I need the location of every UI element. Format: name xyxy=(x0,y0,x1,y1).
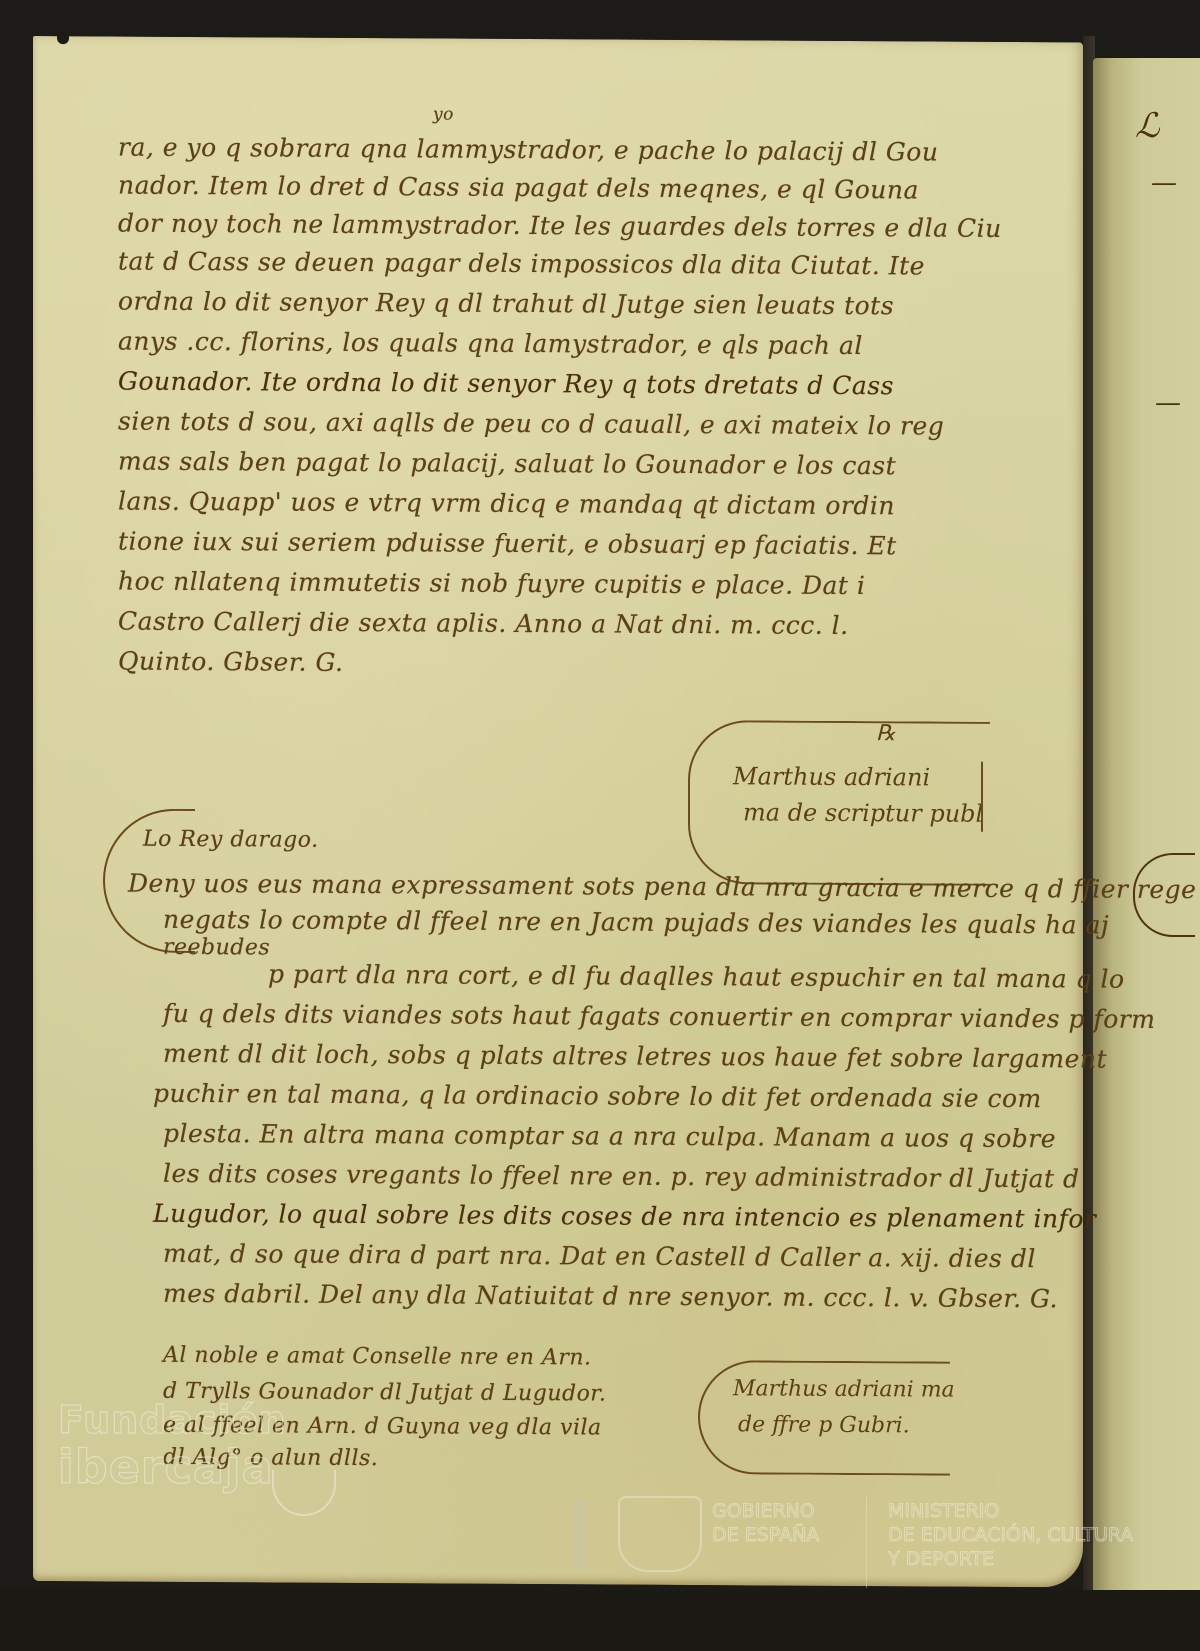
manuscript-line: anys .cc. florins, los quals qna lamystr… xyxy=(118,327,863,361)
manuscript-line: p part dla nra cort, e dl fu daqlles hau… xyxy=(268,959,1125,993)
flag-bar-icon xyxy=(573,1500,587,1570)
background-table xyxy=(0,1590,1200,1651)
facing-page-mark: — xyxy=(1151,168,1177,198)
manuscript-line: mat, d so que dira d part nra. Dat en Ca… xyxy=(163,1239,1036,1273)
signature-stroke xyxy=(981,762,983,832)
manuscript-line: ra, e yo q sobrara qna lammystrador, e p… xyxy=(118,133,938,167)
manuscript-line: negats lo compte dl ffeel nre en Jacm pu… xyxy=(163,905,1109,940)
page-notch xyxy=(57,34,69,44)
manuscript-scene: ℒ — — yo ra, e yo q sobrara qna lammystr… xyxy=(0,0,1200,1651)
watermark-text: DE EDUCACIÓN, CULTURA xyxy=(888,1524,1133,1546)
manuscript-line: Quinto. Gbser. G. xyxy=(118,647,343,677)
manuscript-line: puchir en tal mana, q la ordinacio sobre… xyxy=(153,1079,1042,1113)
notary-signature-1: ℞ Marthus adriani ma de scriptur publ xyxy=(33,36,1083,42)
manuscript-line: Deny uos eus mana expressament sots pena… xyxy=(128,869,1196,905)
watermark-text: DE ESPAÑA xyxy=(712,1524,819,1546)
signature-line: Marthus adriani ma xyxy=(733,1376,955,1402)
watermark-text: MINISTERIO xyxy=(888,1500,999,1522)
facing-page-edge: ℒ — — xyxy=(1093,58,1200,1618)
manuscript-line: ordna lo dit senyor Rey q dl trahut dl J… xyxy=(118,287,894,321)
manuscript-line: plesta. En altra mana comptar sa a nra c… xyxy=(163,1119,1056,1153)
manuscript-line: Lugudor, lo qual sobre les dits coses de… xyxy=(153,1199,1096,1234)
notary-signature-2: Marthus adriani ma de ffre p Gubri. xyxy=(33,36,1083,42)
manuscript-line: reebudes xyxy=(163,935,270,961)
manuscript-line: Gounador. Ite ordna lo dit senyor Rey q … xyxy=(118,367,894,401)
manuscript-line: sien tots d sou, axi aqlls de peu co d c… xyxy=(118,407,944,441)
manuscript-line: ment dl dit loch, sobs q plats altres le… xyxy=(163,1039,1107,1074)
watermark-text: GOBIERNO xyxy=(712,1500,815,1522)
watermark-text: Fundación xyxy=(58,1398,287,1442)
manuscript-line: tione iux sui seriem pduisse fuerit, e o… xyxy=(118,527,897,561)
manuscript-line: lans. Quapp' uos e vtrq vrm dicq e manda… xyxy=(118,487,895,521)
manuscript-line: tat d Cass se deuen pagar dels impossico… xyxy=(118,247,925,281)
signature-line: Marthus adriani xyxy=(733,762,930,791)
manuscript-line: mas sals ben pagat lo palacij, saluat lo… xyxy=(118,447,896,481)
superscript-note: yo xyxy=(433,104,454,124)
manuscript-line: mes dabril. Del any dla Natiuitat d nre … xyxy=(163,1279,1058,1313)
letter-heading: Lo Rey darago. xyxy=(143,827,319,853)
signature-line: de ffre p Gubri. xyxy=(738,1412,910,1438)
spanish-coat-of-arms-icon xyxy=(618,1496,702,1572)
address-line: Al noble e amat Conselle nre en Arn. xyxy=(163,1343,592,1371)
watermark-text: ibercaja xyxy=(58,1440,274,1494)
manuscript-line: Castro Callerj die sexta aplis. Anno a N… xyxy=(118,607,849,640)
facing-page-initial: ℒ xyxy=(1135,106,1160,146)
manuscript-line: nador. Item lo dret d Cass sia pagat del… xyxy=(118,171,919,205)
manuscript-page: yo ra, e yo q sobrara qna lammystrador, … xyxy=(33,36,1083,1587)
manuscript-line: dor noy toch ne lammystrador. Ite les gu… xyxy=(118,209,1002,243)
watermark-divider xyxy=(866,1496,867,1588)
manuscript-line: hoc nllatenq immutetis si nob fuyre cupi… xyxy=(118,567,865,601)
signature-mark: ℞ xyxy=(876,721,896,746)
manuscript-line: fu q dels dits viandes sots haut fagats … xyxy=(163,999,1155,1034)
signature-line: ma de scriptur publ xyxy=(743,798,983,827)
facing-page-mark: — xyxy=(1155,388,1181,418)
watermark-text: Y DEPORTE xyxy=(888,1548,994,1570)
manuscript-line: les dits coses vregants lo ffeel nre en.… xyxy=(163,1159,1080,1194)
